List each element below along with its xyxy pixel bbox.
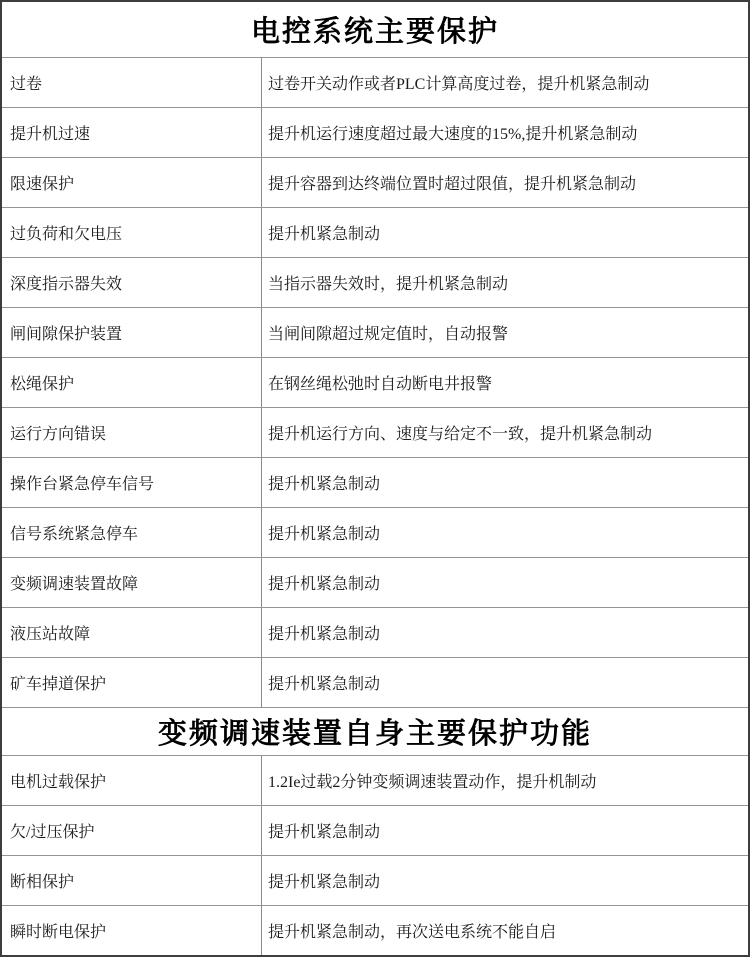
protection-desc-cell: 提升机紧急制动 — [262, 558, 748, 607]
table-row: 矿车掉道保护 提升机紧急制动 — [2, 657, 748, 707]
table-row: 运行方向错误 提升机运行方向、速度与给定不一致，提升机紧急制动 — [2, 407, 748, 457]
table-row: 松绳保护 在钢丝绳松弛时自动断电井报警 — [2, 357, 748, 407]
protection-name-cell: 瞬时断电保护 — [2, 906, 262, 955]
protection-name-cell: 操作台紧急停车信号 — [2, 458, 262, 507]
section-title: 电控系统主要保护 — [251, 9, 499, 50]
protection-desc-cell: 提升容器到达终端位置时超过限值，提升机紧急制动 — [262, 158, 748, 207]
protection-name-cell: 深度指示器失效 — [2, 258, 262, 307]
document-page: 电控系统主要保护 过卷 过卷开关动作或者PLC计算高度过卷，提升机紧急制动 提升… — [0, 0, 750, 957]
table-row: 限速保护 提升容器到达终端位置时超过限值，提升机紧急制动 — [2, 157, 748, 207]
protection-name-cell: 矿车掉道保护 — [2, 658, 262, 707]
protection-desc-cell: 提升机紧急制动，再次送电系统不能自启 — [262, 906, 748, 955]
table-row: 变频调速装置故障 提升机紧急制动 — [2, 557, 748, 607]
table-row: 信号系统紧急停车 提升机紧急制动 — [2, 507, 748, 557]
protection-name-cell: 过负荷和欠电压 — [2, 208, 262, 257]
section-title-row-vfd: 变频调速装置自身主要保护功能 — [2, 707, 748, 755]
protection-table: 电控系统主要保护 过卷 过卷开关动作或者PLC计算高度过卷，提升机紧急制动 提升… — [0, 0, 750, 957]
protection-desc-cell: 提升机运行速度超过最大速度的15%,提升机紧急制动 — [262, 108, 748, 157]
table-row: 闸间隙保护装置 当闸间隙超过规定值时，自动报警 — [2, 307, 748, 357]
table-row: 操作台紧急停车信号 提升机紧急制动 — [2, 457, 748, 507]
protection-desc-cell: 提升机运行方向、速度与给定不一致，提升机紧急制动 — [262, 408, 748, 457]
table-row: 深度指示器失效 当指示器失效时，提升机紧急制动 — [2, 257, 748, 307]
table-row: 过负荷和欠电压 提升机紧急制动 — [2, 207, 748, 257]
protection-name-cell: 提升机过速 — [2, 108, 262, 157]
protection-desc-cell: 提升机紧急制动 — [262, 208, 748, 257]
table-row: 断相保护 提升机紧急制动 — [2, 855, 748, 905]
protection-name-cell: 信号系统紧急停车 — [2, 508, 262, 557]
section-title-row-electrical: 电控系统主要保护 — [2, 2, 748, 57]
protection-name-cell: 限速保护 — [2, 158, 262, 207]
table-row: 过卷 过卷开关动作或者PLC计算高度过卷，提升机紧急制动 — [2, 57, 748, 107]
table-row: 提升机过速 提升机运行速度超过最大速度的15%,提升机紧急制动 — [2, 107, 748, 157]
protection-name-cell: 液压站故障 — [2, 608, 262, 657]
protection-desc-cell: 提升机紧急制动 — [262, 458, 748, 507]
protection-desc-cell: 提升机紧急制动 — [262, 608, 748, 657]
protection-name-cell: 电机过载保护 — [2, 756, 262, 805]
protection-desc-cell: 提升机紧急制动 — [262, 508, 748, 557]
table-row: 欠/过压保护 提升机紧急制动 — [2, 805, 748, 855]
protection-desc-cell: 过卷开关动作或者PLC计算高度过卷，提升机紧急制动 — [262, 58, 748, 107]
protection-desc-cell: 提升机紧急制动 — [262, 658, 748, 707]
protection-name-cell: 闸间隙保护装置 — [2, 308, 262, 357]
protection-name-cell: 过卷 — [2, 58, 262, 107]
section-title: 变频调速装置自身主要保护功能 — [158, 711, 592, 752]
protection-desc-cell: 在钢丝绳松弛时自动断电井报警 — [262, 358, 748, 407]
table-row: 液压站故障 提升机紧急制动 — [2, 607, 748, 657]
table-row: 瞬时断电保护 提升机紧急制动，再次送电系统不能自启 — [2, 905, 748, 955]
protection-desc-cell: 当指示器失效时，提升机紧急制动 — [262, 258, 748, 307]
protection-desc-cell: 1.2Ie过载2分钟变频调速装置动作，提升机制动 — [262, 756, 748, 805]
protection-name-cell: 变频调速装置故障 — [2, 558, 262, 607]
table-row: 电机过载保护 1.2Ie过载2分钟变频调速装置动作，提升机制动 — [2, 755, 748, 805]
protection-name-cell: 欠/过压保护 — [2, 806, 262, 855]
protection-name-cell: 运行方向错误 — [2, 408, 262, 457]
protection-name-cell: 松绳保护 — [2, 358, 262, 407]
protection-desc-cell: 提升机紧急制动 — [262, 856, 748, 905]
protection-desc-cell: 当闸间隙超过规定值时，自动报警 — [262, 308, 748, 357]
protection-name-cell: 断相保护 — [2, 856, 262, 905]
protection-desc-cell: 提升机紧急制动 — [262, 806, 748, 855]
